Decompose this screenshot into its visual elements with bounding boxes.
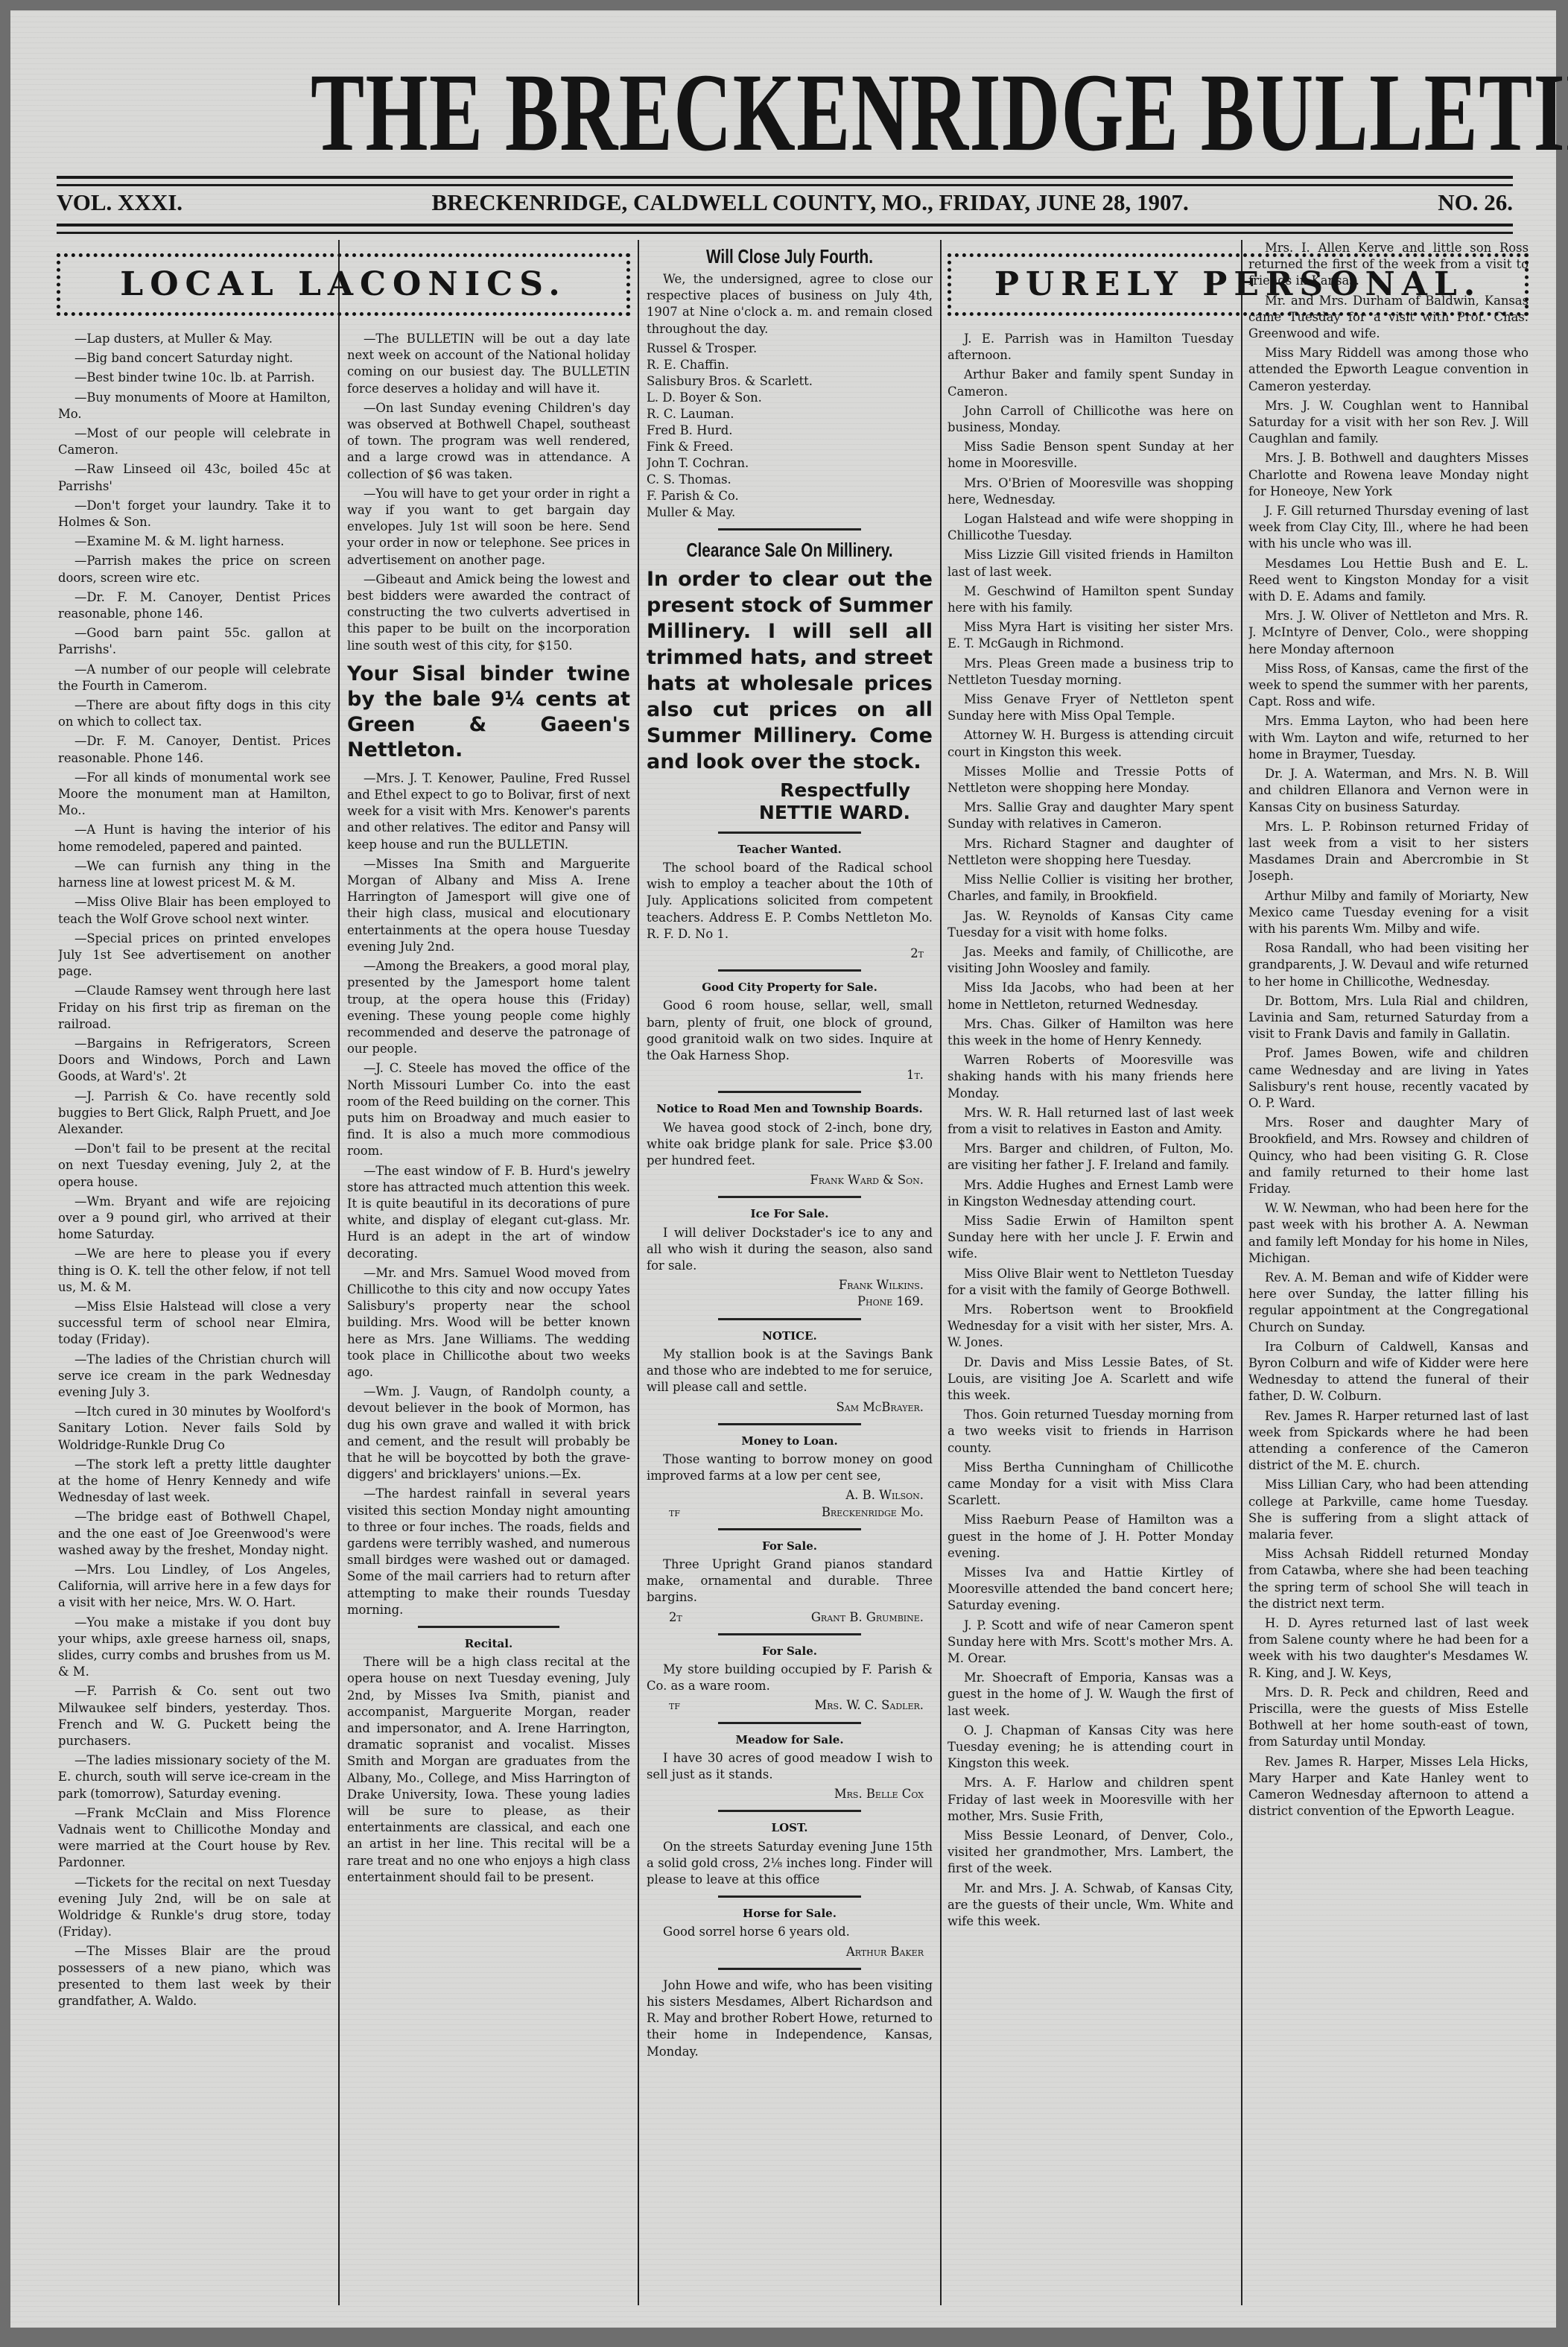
advertisements-column: Will Close July Fourth. We, the undersig… [647, 240, 933, 2313]
divider [718, 1318, 861, 1320]
divider [718, 1810, 861, 1812]
loan-signer: A. B. Wilson. [647, 1487, 933, 1504]
newspaper-page: THE BRECKENRIDGE BULLETIN VOL. XXXI. BRE… [10, 10, 1556, 2328]
millinery-body: In order to clear out the present stock … [647, 566, 933, 775]
personal-item: Mr. and Mrs. Durham of Baldwin, Kansas c… [1248, 293, 1529, 343]
personal-item: Mrs. I. Allen Kerve and little son Ross … [1248, 240, 1529, 290]
news-item: —We can furnish any thing in the harness… [58, 858, 331, 891]
personal-item: Thos. Goin returned Tuesday morning from… [948, 1407, 1234, 1457]
personal-item: Miss Mary Riddell was among those who at… [1248, 345, 1529, 395]
personal-item: Miss Ida Jacobs, who had been at her hom… [948, 980, 1234, 1013]
personal-item: Dr. Bottom, Mrs. Lula Rial and children,… [1248, 993, 1529, 1043]
purely-personal-column-2: Mrs. I. Allen Kerve and little son Ross … [1248, 240, 1529, 2313]
ice-phone: Phone 169. [647, 1293, 933, 1310]
lost-body: On the streets Saturday evening June 15t… [647, 1839, 933, 1889]
news-item: —Most of our people will celebrate in Ca… [58, 425, 331, 458]
lost-heading: LOST. [647, 1819, 933, 1836]
signer-list: Russel & Trosper.R. E. Chaffin.Salisbury… [647, 341, 933, 521]
store-signer: Mrs. W. C. Sadler. [814, 1697, 924, 1714]
column-rule [338, 240, 340, 2305]
signer: R. E. Chaffin. [647, 357, 933, 373]
ice-heading: Ice For Sale. [647, 1206, 933, 1222]
divider [718, 528, 861, 530]
news-item: —The east window of F. B. Hurd's jewelry… [347, 1163, 630, 1262]
personal-item: Mrs. Addie Hughes and Ernest Lamb were i… [948, 1177, 1234, 1210]
news-item: —Itch cured in 30 minutes by Woolford's … [58, 1404, 331, 1454]
loan-place: Breckenridge Mo. [822, 1504, 924, 1521]
volume: VOL. XXXI. [57, 189, 182, 216]
divider [718, 1423, 861, 1425]
personal-item: Mrs. Emma Layton, who had been here with… [1248, 713, 1529, 763]
signer: R. C. Lauman. [647, 406, 933, 422]
signer: Fred B. Hurd. [647, 422, 933, 439]
personal-item: Mrs. W. R. Hall returned last of last we… [948, 1105, 1234, 1138]
news-item: —The hardest rainfall in several years v… [347, 1486, 630, 1618]
local-laconics-column-1: —Lap dusters, at Muller & May.—Big band … [58, 331, 331, 2313]
news-item: —Parrish makes the price on screen doors… [58, 553, 331, 586]
personal-item: Ira Colburn of Caldwell, Kansas and Byro… [1248, 1339, 1529, 1405]
issue-number: NO. 26. [1438, 189, 1513, 216]
personal-item: Prof. James Bowen, wife and children cam… [1248, 1045, 1529, 1112]
notice-heading: NOTICE. [647, 1328, 933, 1344]
news-item: —Mrs. Lou Lindley, of Los Angeles, Calif… [58, 1562, 331, 1612]
notice-signer: Sam McBrayer. [647, 1399, 933, 1416]
news-item: —Don't fail to be present at the recital… [58, 1141, 331, 1191]
road-signer: Frank Ward & Son. [647, 1172, 933, 1188]
personal-item: Misses Iva and Hattie Kirtley of Mooresv… [948, 1565, 1234, 1615]
personal-item: J. E. Parrish was in Hamilton Tuesday af… [948, 331, 1234, 364]
news-item: —Good barn paint 55c. gallon at Parrishs… [58, 625, 331, 658]
personal-item: Rosa Randall, who had been visiting her … [1248, 940, 1529, 990]
personal-item: Jas. Meeks and family, of Chillicothe, a… [948, 944, 1234, 977]
personal-item: Miss Sadie Benson spent Sunday at her ho… [948, 439, 1234, 472]
ice-signer: Frank Wilkins. [647, 1277, 933, 1293]
meadow-heading: Meadow for Sale. [647, 1732, 933, 1748]
news-item: —On last Sunday evening Children's day w… [347, 400, 630, 483]
signer: L. D. Boyer & Son. [647, 390, 933, 406]
news-item: —The stork left a pretty little daughter… [58, 1457, 331, 1507]
column-rule [940, 240, 942, 2305]
personal-item: John Carroll of Chillicothe was here on … [948, 403, 1234, 436]
personal-item: Miss Genave Fryer of Nettleton spent Sun… [948, 691, 1234, 724]
loan-body: Those wanting to borrow money on good im… [647, 1451, 933, 1484]
divider [718, 832, 861, 834]
news-item: —The ladies of the Christian church will… [58, 1352, 331, 1401]
twine-advertisement: Your Sisal binder twine by the bale 9¼ c… [347, 662, 630, 763]
personal-item: Mrs. Chas. Gilker of Hamilton was here t… [948, 1016, 1234, 1049]
pianos-signer-row: 2tGrant B. Grumbine. [647, 1609, 933, 1626]
column-rule [638, 240, 639, 2305]
store-note: tf [669, 1697, 680, 1714]
news-item: —Wm. J. Vaugn, of Randolph county, a dev… [347, 1384, 630, 1483]
signer: C. S. Thomas. [647, 472, 933, 488]
news-item: —J. C. Steele has moved the office of th… [347, 1060, 630, 1159]
personal-item: Miss Sadie Erwin of Hamilton spent Sunda… [948, 1213, 1234, 1263]
personal-item: Jas. W. Reynolds of Kansas City came Tue… [948, 908, 1234, 941]
news-item: —Dr. F. M. Canoyer, Dentist. Prices reas… [58, 733, 331, 766]
personal-item: Miss Nellie Collier is visiting her brot… [948, 872, 1234, 905]
personal-item: Miss Bessie Leonard, of Denver, Colo., v… [948, 1828, 1234, 1878]
store-signer-row: tfMrs. W. C. Sadler. [647, 1697, 933, 1714]
personal-item: Arthur Milby and family of Moriarty, New… [1248, 888, 1529, 938]
personal-item: Arthur Baker and family spent Sunday in … [948, 367, 1234, 399]
personal-item: Mrs. Barger and children, of Fulton, Mo.… [948, 1141, 1234, 1173]
meadow-signer: Mrs. Belle Cox [647, 1786, 933, 1802]
personal-item: J. F. Gill returned Thursday evening of … [1248, 503, 1529, 553]
personal-item: Logan Halstead and wife were shopping in… [948, 511, 1234, 544]
news-item: —Claude Ramsey went through here last Fr… [58, 983, 331, 1033]
news-item: —J. Parrish & Co. have recently sold bug… [58, 1089, 331, 1138]
personal-item: Miss Olive Blair went to Nettleton Tuesd… [948, 1266, 1234, 1299]
property-body: Good 6 room house, sellar, well, small b… [647, 998, 933, 1064]
pianos-note: 2t [669, 1609, 682, 1626]
news-item: —Special prices on printed envelopes Jul… [58, 931, 331, 981]
news-item: —You make a mistake if you dont buy your… [58, 1615, 331, 1681]
news-item: —Bargains in Refrigerators, Screen Doors… [58, 1036, 331, 1086]
personal-item: Mrs. J. W. Oliver of Nettleton and Mrs. … [1248, 608, 1529, 658]
news-item: —Frank McClain and Miss Florence Vadnais… [58, 1805, 331, 1872]
personal-item: Warren Roberts of Mooresville was shakin… [948, 1052, 1234, 1102]
masthead-rule [57, 176, 1513, 186]
personal-item: Mrs. O'Brien of Mooresville was shopping… [948, 475, 1234, 508]
news-item: —Mr. and Mrs. Samuel Wood moved from Chi… [347, 1265, 630, 1381]
personal-item: Rev. A. M. Beman and wife of Kidder were… [1248, 1270, 1529, 1336]
divider [418, 1626, 559, 1628]
meadow-body: I have 30 acres of good meadow I wish to… [647, 1750, 933, 1783]
signer: Russel & Trosper. [647, 341, 933, 357]
personal-item: O. J. Chapman of Kansas City was here Tu… [948, 1723, 1234, 1773]
recital-heading: Recital. [347, 1635, 630, 1652]
close-body: We, the undersigned, agree to close our … [647, 271, 933, 338]
dateline: VOL. XXXI. BRECKENRIDGE, CALDWELL COUNTY… [57, 188, 1513, 218]
personal-item: Miss Lizzie Gill visited friends in Hami… [948, 547, 1234, 580]
news-item: —For all kinds of monumental work see Mo… [58, 770, 331, 820]
signer: Fink & Freed. [647, 439, 933, 455]
property-note: 1t. [647, 1067, 933, 1083]
divider [718, 969, 861, 972]
pianos-signer: Grant B. Grumbine. [811, 1609, 924, 1626]
news-item: —We are here to please you if every thin… [58, 1246, 331, 1296]
personal-item: Mr. and Mrs. J. A. Schwab, of Kansas Cit… [948, 1881, 1234, 1931]
property-heading: Good City Property for Sale. [647, 979, 933, 995]
issue-date: BRECKENRIDGE, CALDWELL COUNTY, MO., FRID… [432, 189, 1189, 216]
signer: F. Parish & Co. [647, 488, 933, 504]
news-item: —Examine M. & M. light harness. [58, 533, 331, 550]
divider [718, 1895, 861, 1898]
news-item: —Miss Olive Blair has been employed to t… [58, 894, 331, 927]
horse-body: Good sorrel horse 6 years old. [647, 1924, 933, 1940]
personal-item: Mrs. D. R. Peck and children, Reed and P… [1248, 1685, 1529, 1751]
personal-item: Mrs. A. F. Harlow and children spent Fri… [948, 1775, 1234, 1825]
news-item: —F. Parrish & Co. sent out two Milwaukee… [58, 1683, 331, 1749]
divider [718, 1528, 861, 1530]
personal-item: Dr. Davis and Miss Lessie Bates, of St. … [948, 1355, 1234, 1404]
personal-item: J. P. Scott and wife of near Cameron spe… [948, 1618, 1234, 1667]
signer: Salisbury Bros. & Scarlett. [647, 373, 933, 390]
news-item: —Wm. Bryant and wife are rejoicing over … [58, 1194, 331, 1244]
teacher-note: 2t [647, 946, 933, 962]
signer: Muller & May. [647, 504, 933, 521]
personal-item: Miss Ross, of Kansas, came the first of … [1248, 661, 1529, 711]
news-item: —There are about fifty dogs in this city… [58, 697, 331, 730]
loan-place-row: tfBreckenridge Mo. [647, 1504, 933, 1521]
section-heading: LOCAL LACONICS. [57, 253, 630, 316]
news-item: —Gibeaut and Amick being the lowest and … [347, 571, 630, 654]
personal-item: Mrs. Sallie Gray and daughter Mary spent… [948, 799, 1234, 832]
personal-item: Rev. James R. Harper returned last of la… [1248, 1408, 1529, 1475]
loan-heading: Money to Loan. [647, 1433, 933, 1449]
pianos-body: Three Upright Grand pianos standard make… [647, 1556, 933, 1606]
personal-item: Misses Mollie and Tressie Potts of Nettl… [948, 764, 1234, 796]
news-item: —Buy monuments of Moore at Hamilton, Mo. [58, 390, 331, 422]
divider [718, 1196, 861, 1198]
news-item: —Dr. F. M. Canoyer, Dentist Prices reaso… [58, 589, 331, 622]
news-item: —Raw Linseed oil 43c, boiled 45c at Parr… [58, 461, 331, 494]
ice-body: I will deliver Dockstader's ice to any a… [647, 1225, 933, 1275]
news-item: —Miss Elsie Halstead will close a very s… [58, 1299, 331, 1349]
personal-item: Miss Raeburn Pease of Hamilton was a gue… [948, 1512, 1234, 1562]
divider [718, 1091, 861, 1093]
loan-tf: tf [669, 1504, 680, 1521]
news-item: —Best binder twine 10c. lb. at Parrish. [58, 370, 331, 386]
horse-heading: Horse for Sale. [647, 1905, 933, 1922]
personal-item: Mrs. Richard Stagner and daughter of Net… [948, 836, 1234, 869]
news-item: —The ladies missionary society of the M.… [58, 1752, 331, 1802]
news-item: —Tickets for the recital on next Tuesday… [58, 1875, 331, 1941]
news-item: —The Misses Blair are the proud possesse… [58, 1943, 331, 2009]
news-item: —A Hunt is having the interior of his ho… [58, 822, 331, 855]
personal-item: Miss Achsah Riddell returned Monday from… [1248, 1546, 1529, 1612]
personal-item: W. W. Newman, who had been here for the … [1248, 1200, 1529, 1267]
signer: John T. Cochran. [647, 455, 933, 472]
road-heading: Notice to Road Men and Township Boards. [647, 1100, 933, 1117]
personal-item: Mrs. J. W. Coughlan went to Hannibal Sat… [1248, 398, 1529, 448]
personal-item: Miss Myra Hart is visiting her sister Mr… [948, 619, 1234, 652]
personal-item: Miss Bertha Cunningham of Chillicothe ca… [948, 1460, 1234, 1510]
personal-item: Attorney W. H. Burgess is attending circ… [948, 727, 1234, 760]
purely-personal-column-1: J. E. Parrish was in Hamilton Tuesday af… [948, 331, 1234, 2313]
personal-item: Miss Lillian Cary, who had been attendin… [1248, 1477, 1529, 1543]
masthead-title: THE BRECKENRIDGE BULLETIN [55, 64, 1515, 161]
recital-body: There will be a high class recital at th… [347, 1654, 630, 1886]
local-laconics-column-2: —The BULLETIN will be out a day late nex… [347, 331, 630, 2313]
news-item: —Don't forget your laundry. Take it to H… [58, 498, 331, 530]
news-item: —Among the Breakers, a good moral play, … [347, 958, 630, 1057]
personal-item: M. Geschwind of Hamilton spent Sunday he… [948, 583, 1234, 616]
store-heading: For Sale. [647, 1643, 933, 1659]
personal-item: Mrs. Pleas Green made a business trip to… [948, 656, 1234, 688]
news-item: —Misses Ina Smith and Marguerite Morgan … [347, 856, 630, 955]
news-item: —Lap dusters, at Muller & May. [58, 331, 331, 347]
dateline-rule [57, 224, 1513, 234]
close-heading: Will Close July Fourth. [675, 244, 904, 268]
column-rule [1241, 240, 1242, 2305]
news-item: —A number of our people will celebrate t… [58, 662, 331, 694]
pianos-heading: For Sale. [647, 1538, 933, 1554]
teacher-body: The school board of the Radical school w… [647, 860, 933, 943]
howe-item: John Howe and wife, who has been visitin… [647, 1977, 933, 2060]
local-laconics-header: LOCAL LACONICS. [57, 250, 630, 329]
news-item: —You will have to get your order in righ… [347, 486, 630, 568]
personal-item: Mrs. L. P. Robinson returned Friday of l… [1248, 819, 1529, 885]
divider [718, 1722, 861, 1724]
millinery-closing: Respectfully [647, 779, 933, 802]
divider [718, 1633, 861, 1635]
notice-body: My stallion book is at the Savings Bank … [647, 1346, 933, 1396]
personal-item: Rev. James R. Harper, Misses Lela Hicks,… [1248, 1754, 1529, 1820]
personal-item: Mrs. Roser and daughter Mary of Brookfie… [1248, 1115, 1529, 1197]
millinery-signer: NETTIE WARD. [647, 802, 933, 824]
news-item: —The BULLETIN will be out a day late nex… [347, 331, 630, 397]
personal-item: H. D. Ayres returned last of last week f… [1248, 1615, 1529, 1682]
personal-item: Mrs. Robertson went to Brookfield Wednes… [948, 1302, 1234, 1352]
news-item: —Mrs. J. T. Kenower, Pauline, Fred Russe… [347, 770, 630, 853]
millinery-heading: Clearance Sale On Millinery. [675, 538, 904, 562]
divider [718, 1968, 861, 1970]
news-item: —Big band concert Saturday night. [58, 350, 331, 367]
store-body: My store building occupied by F. Parish … [647, 1662, 933, 1694]
teacher-heading: Teacher Wanted. [647, 841, 933, 858]
road-body: We havea good stock of 2-inch, bone dry,… [647, 1120, 933, 1170]
horse-signer: Arthur Baker [647, 1944, 933, 1960]
personal-item: Mesdames Lou Hettie Bush and E. L. Reed … [1248, 556, 1529, 606]
personal-item: Mr. Shoecraft of Emporia, Kansas was a g… [948, 1670, 1234, 1720]
news-item: —The bridge east of Bothwell Chapel, and… [58, 1509, 331, 1559]
personal-item: Dr. J. A. Waterman, and Mrs. N. B. Will … [1248, 766, 1529, 816]
personal-item: Mrs. J. B. Bothwell and daughters Misses… [1248, 450, 1529, 500]
